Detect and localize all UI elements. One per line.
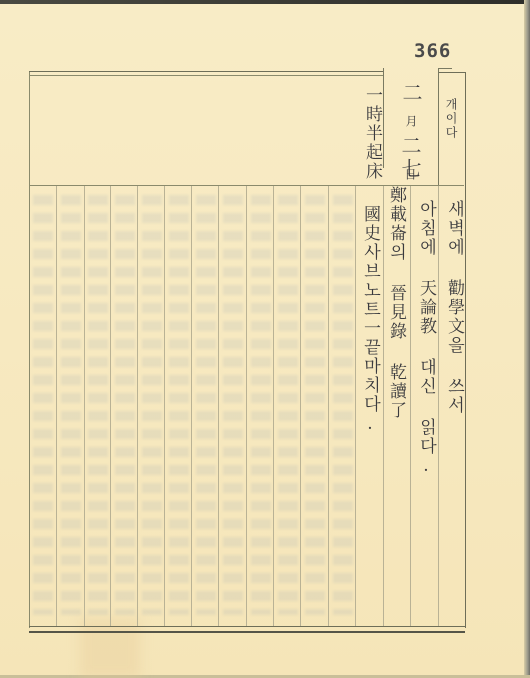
column-rule (110, 186, 111, 626)
column-rule (191, 186, 192, 626)
weather-entry: 개이다 (445, 98, 457, 140)
diary-line-3: 鄭載崙의 晉見錄 乾讀了 (387, 186, 404, 420)
show-through-text (115, 195, 135, 615)
column-rule (300, 186, 301, 626)
show-through-text (196, 195, 216, 615)
show-through-text (278, 195, 298, 615)
day-unit: 日 (404, 168, 416, 182)
show-through-text (88, 195, 108, 615)
frame-top-rule-right (438, 72, 465, 73)
wake-time-note: 一時半起床 (363, 86, 380, 181)
column-rule (383, 186, 384, 626)
column-rule (410, 186, 411, 626)
show-through-text (333, 195, 353, 615)
diary-line-4: 國史사브노트一끝마치다. (361, 205, 378, 436)
show-through-text (305, 195, 325, 615)
show-through-text (169, 195, 189, 615)
frame-bottom-rule (29, 626, 465, 633)
month-unit: 月 (405, 115, 417, 129)
header-weather-divider (438, 68, 439, 185)
column-rule (273, 186, 274, 626)
scan-right-edge (524, 0, 530, 678)
header-tab-top (438, 68, 452, 69)
diary-line-2: 아침에 天論教 대신 읽다. (417, 200, 434, 478)
column-rule (164, 186, 165, 626)
scan-top-edge (0, 0, 530, 4)
column-rule (56, 186, 57, 626)
show-through-text (142, 195, 162, 615)
month-value: 二 (401, 82, 421, 105)
show-through-text (223, 195, 243, 615)
header-date-left-divider (383, 68, 384, 168)
show-through-text (61, 195, 81, 615)
page-number: 366 (414, 40, 451, 62)
column-rule (355, 186, 356, 626)
column-rule (438, 186, 439, 626)
column-rule (246, 186, 247, 626)
column-rule (218, 186, 219, 626)
diary-line-1: 새벽에 勸學文을 쓰서 (445, 200, 462, 415)
column-rule (328, 186, 329, 626)
column-rule (84, 186, 85, 626)
show-through-text (33, 195, 53, 615)
column-rule (137, 186, 138, 626)
show-through-text (251, 195, 271, 615)
frame-top-rule (29, 71, 384, 76)
diary-page: 366 개이다 二 月 二七 日 一時半起床 새벽에 勸學文을 쓰서 아침에 天… (0, 0, 530, 678)
